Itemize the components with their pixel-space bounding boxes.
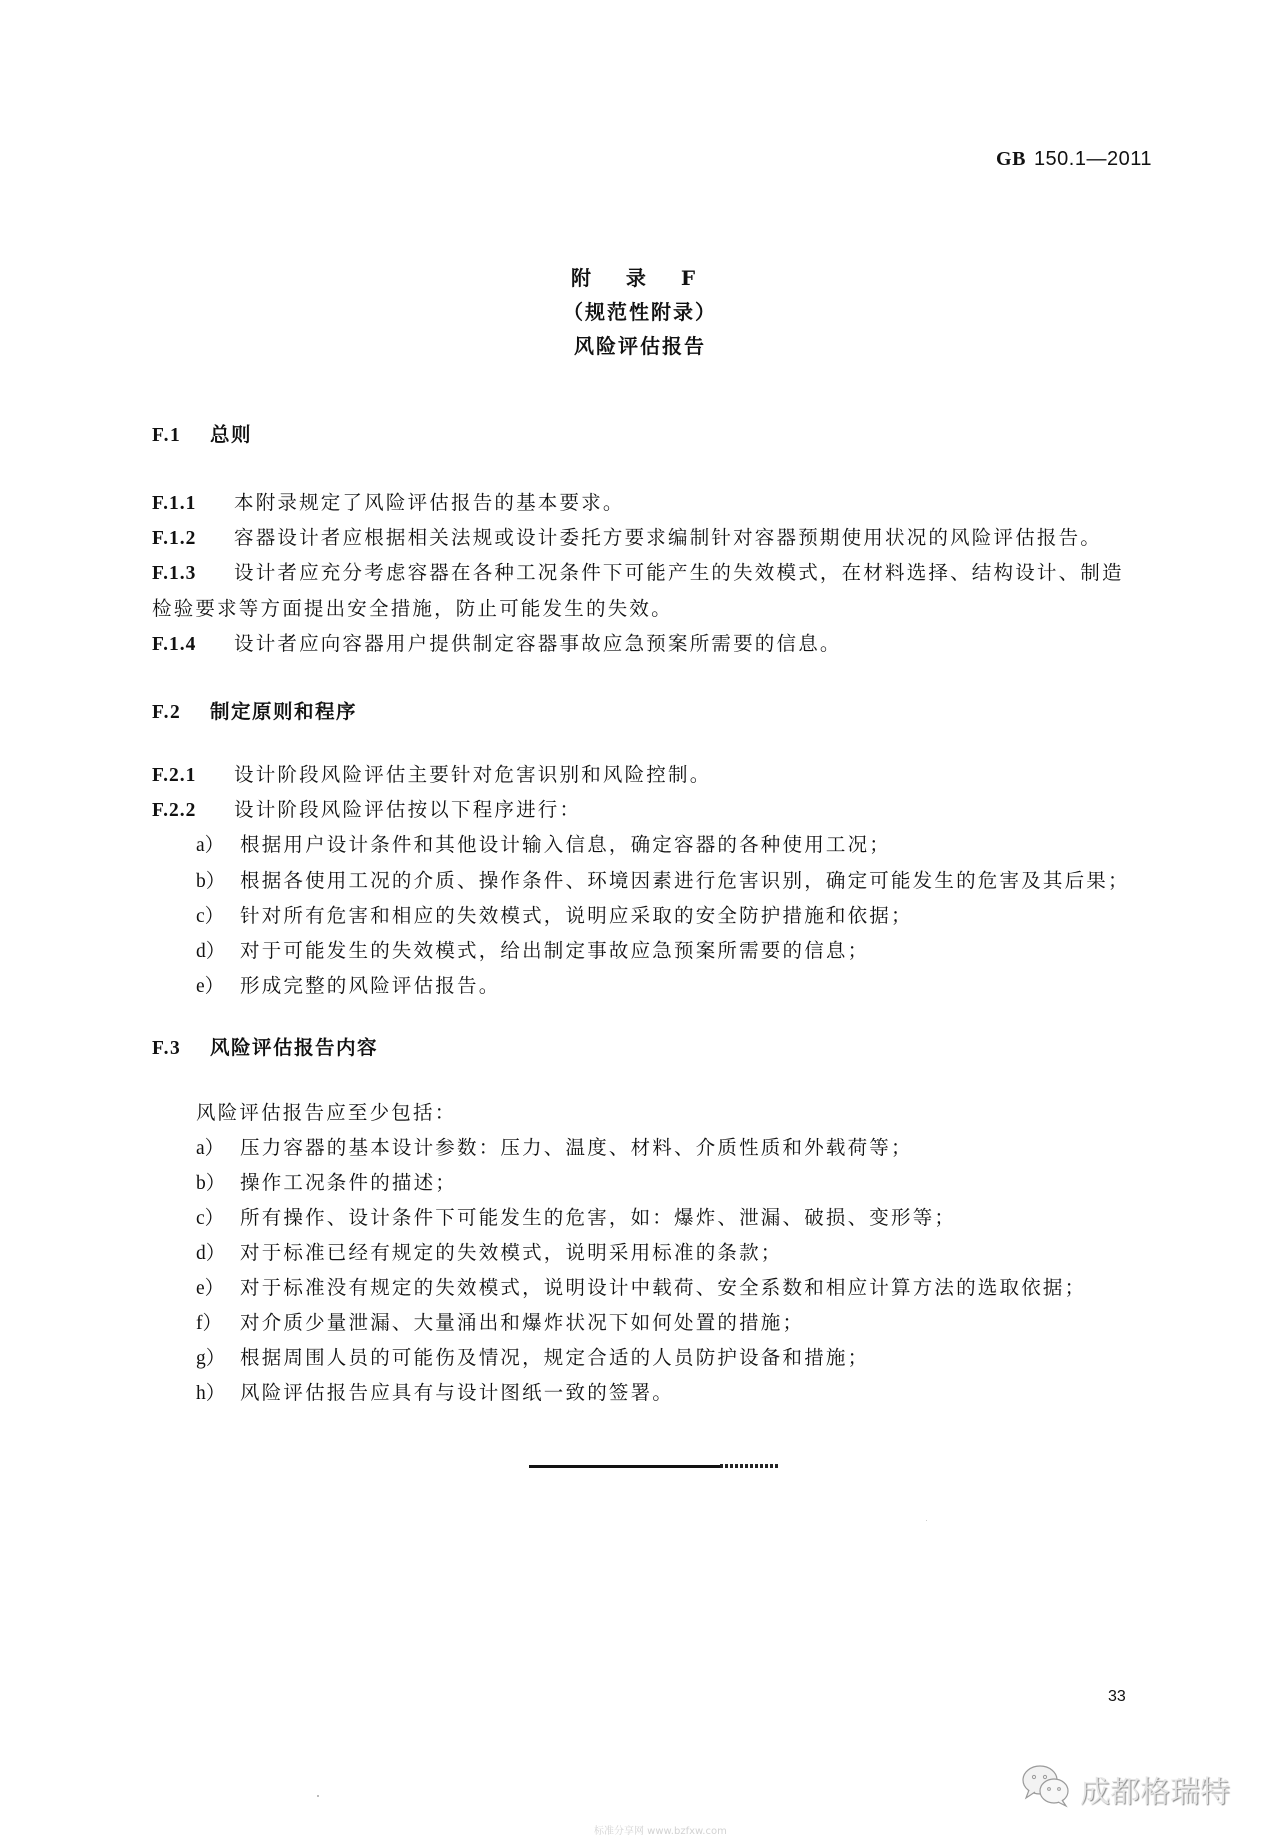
clause-text: 本附录规定了风险评估报告的基本要求。 (234, 491, 625, 514)
list-item-f3-a: a）压力容器的基本设计参数：压力、温度、材料、介质性质和外载荷等； (196, 1135, 913, 1162)
list-item-f2-e: e）形成完整的风险评估报告。 (196, 973, 500, 1000)
list-item-label: e） (196, 1276, 240, 1302)
appendix-nature: （规范性附录） (0, 296, 1280, 325)
list-item-f3-e: e）对于标准没有规定的失效模式，说明设计中载荷、安全系数和相应计算方法的选取依据… (196, 1275, 1086, 1302)
list-item-text: 对介质少量泄漏、大量涌出和爆炸状况下如何处置的措施； (240, 1311, 804, 1334)
list-item-text: 风险评估报告应具有与设计图纸一致的签署。 (240, 1381, 674, 1404)
list-item-label: c） (196, 904, 240, 930)
wechat-icon (1020, 1762, 1072, 1816)
standard-prefix: GB (996, 148, 1026, 170)
list-item-f3-d: d）对于标准已经有规定的失效模式，说明采用标准的条款； (196, 1240, 783, 1267)
clause-f1-3: F.1.3设计者应充分考虑容器在各种工况条件下可能产生的失效模式，在材料选择、结… (152, 560, 1124, 587)
section-title: 总则 (210, 423, 252, 446)
scan-speck (926, 1520, 927, 1521)
list-item-text: 根据各使用工况的介质、操作条件、环境因素进行危害识别，确定可能发生的危害及其后果… (240, 869, 1130, 892)
clause-text: 设计阶段风险评估按以下程序进行： (234, 798, 581, 821)
clause-f2-1: F.2.1设计阶段风险评估主要针对危害识别和风险控制。 (152, 762, 711, 789)
list-item-text: 根据周围人员的可能伤及情况，规定合适的人员防护设备和措施； (240, 1346, 869, 1369)
list-item-f3-b: b）操作工况条件的描述； (196, 1170, 457, 1197)
list-item-text: 对于标准没有规定的失效模式，说明设计中载荷、安全系数和相应计算方法的选取依据； (240, 1276, 1086, 1299)
clause-number: F.1.1 (152, 491, 234, 517)
clause-f1-2: F.1.2容器设计者应根据相关法规或设计委托方要求编制针对容器预期使用状况的风险… (152, 525, 1102, 552)
clause-number: F.1.4 (152, 632, 234, 658)
list-item-f3-f: f）对介质少量泄漏、大量涌出和爆炸状况下如何处置的措施； (196, 1310, 804, 1337)
section-heading-f1: F.1总则 (152, 422, 252, 449)
list-item-text: 对于标准已经有规定的失效模式，说明采用标准的条款； (240, 1241, 783, 1264)
list-item-label: a） (196, 1136, 240, 1162)
list-item-label: f） (196, 1311, 240, 1337)
section-intro: 风险评估报告应至少包括： (196, 1100, 456, 1126)
clause-text: 设计阶段风险评估主要针对危害识别和风险控制。 (234, 763, 711, 786)
list-item-label: c） (196, 1206, 240, 1232)
clause-number: F.1.2 (152, 526, 234, 552)
clause-text: 设计者应向容器用户提供制定容器事故应急预案所需要的信息。 (234, 632, 842, 655)
scan-speck (317, 1795, 319, 1797)
list-item-f2-c: c）针对所有危害和相应的失效模式，说明应采取的安全防护措施和依据； (196, 903, 913, 930)
standard-number: GB150.1—2011 (996, 148, 1152, 171)
section-number: F.2 (152, 700, 210, 726)
list-item-label: e） (196, 974, 240, 1000)
appendix-title: 附 录 F (0, 262, 1280, 291)
clause-text: 设计者应充分考虑容器在各种工况条件下可能产生的失效模式，在材料选择、结构设计、制… (234, 561, 1124, 584)
list-item-text: 压力容器的基本设计参数：压力、温度、材料、介质性质和外载荷等； (240, 1136, 913, 1159)
watermark: 成都格瑞特 (1020, 1762, 1230, 1816)
list-item-f2-d: d）对于可能发生的失效模式，给出制定事故应急预案所需要的信息； (196, 938, 869, 965)
section-heading-f3: F.3风险评估报告内容 (152, 1035, 378, 1062)
section-title: 制定原则和程序 (210, 700, 357, 723)
list-item-text: 针对所有危害和相应的失效模式，说明应采取的安全防护措施和依据； (240, 904, 913, 927)
section-number: F.3 (152, 1036, 210, 1062)
list-item-f2-a: a）根据用户设计条件和其他设计输入信息，确定容器的各种使用工况； (196, 832, 891, 859)
clause-f1-3-continuation: 检验要求等方面提出安全措施，防止可能发生的失效。 (152, 596, 673, 622)
separator-tail-dots (720, 1464, 780, 1468)
list-item-label: b） (196, 869, 240, 895)
page-number: 33 (1108, 1688, 1126, 1706)
clause-number: F.1.3 (152, 561, 234, 587)
list-item-text: 操作工况条件的描述； (240, 1171, 457, 1194)
appendix-name: 风险评估报告 (0, 330, 1280, 359)
list-item-f3-g: g）根据周围人员的可能伤及情况，规定合适的人员防护设备和措施； (196, 1345, 869, 1372)
list-item-label: a） (196, 833, 240, 859)
list-item-text: 所有操作、设计条件下可能发生的危害，如：爆炸、泄漏、破损、变形等； (240, 1206, 956, 1229)
clause-number: F.2.2 (152, 798, 234, 824)
list-item-label: d） (196, 1241, 240, 1267)
faint-source-text: 标准分享网 www.bzfxw.com (594, 1822, 727, 1835)
clause-f2-2: F.2.2设计阶段风险评估按以下程序进行： (152, 797, 581, 824)
list-item-label: d） (196, 939, 240, 965)
watermark-text: 成都格瑞特 (1080, 1767, 1230, 1811)
clause-number: F.2.1 (152, 763, 234, 789)
list-item-f3-c: c）所有操作、设计条件下可能发生的危害，如：爆炸、泄漏、破损、变形等； (196, 1205, 956, 1232)
clause-f1-1: F.1.1本附录规定了风险评估报告的基本要求。 (152, 490, 625, 517)
section-heading-f2: F.2制定原则和程序 (152, 699, 357, 726)
standard-code: 150.1—2011 (1034, 148, 1152, 170)
list-item-text: 根据用户设计条件和其他设计输入信息，确定容器的各种使用工况； (240, 833, 891, 856)
list-item-label: g） (196, 1346, 240, 1372)
list-item-f2-b: b）根据各使用工况的介质、操作条件、环境因素进行危害识别，确定可能发生的危害及其… (196, 868, 1130, 895)
list-item-label: b） (196, 1171, 240, 1197)
list-item-label: h） (196, 1381, 240, 1407)
clause-text: 容器设计者应根据相关法规或设计委托方要求编制针对容器预期使用状况的风险评估报告。 (234, 526, 1102, 549)
section-title: 风险评估报告内容 (210, 1036, 378, 1059)
list-item-f3-h: h）风险评估报告应具有与设计图纸一致的签署。 (196, 1380, 674, 1407)
clause-f1-4: F.1.4设计者应向容器用户提供制定容器事故应急预案所需要的信息。 (152, 631, 842, 658)
list-item-text: 形成完整的风险评估报告。 (240, 974, 500, 997)
list-item-text: 对于可能发生的失效模式，给出制定事故应急预案所需要的信息； (240, 939, 869, 962)
section-number: F.1 (152, 423, 210, 449)
